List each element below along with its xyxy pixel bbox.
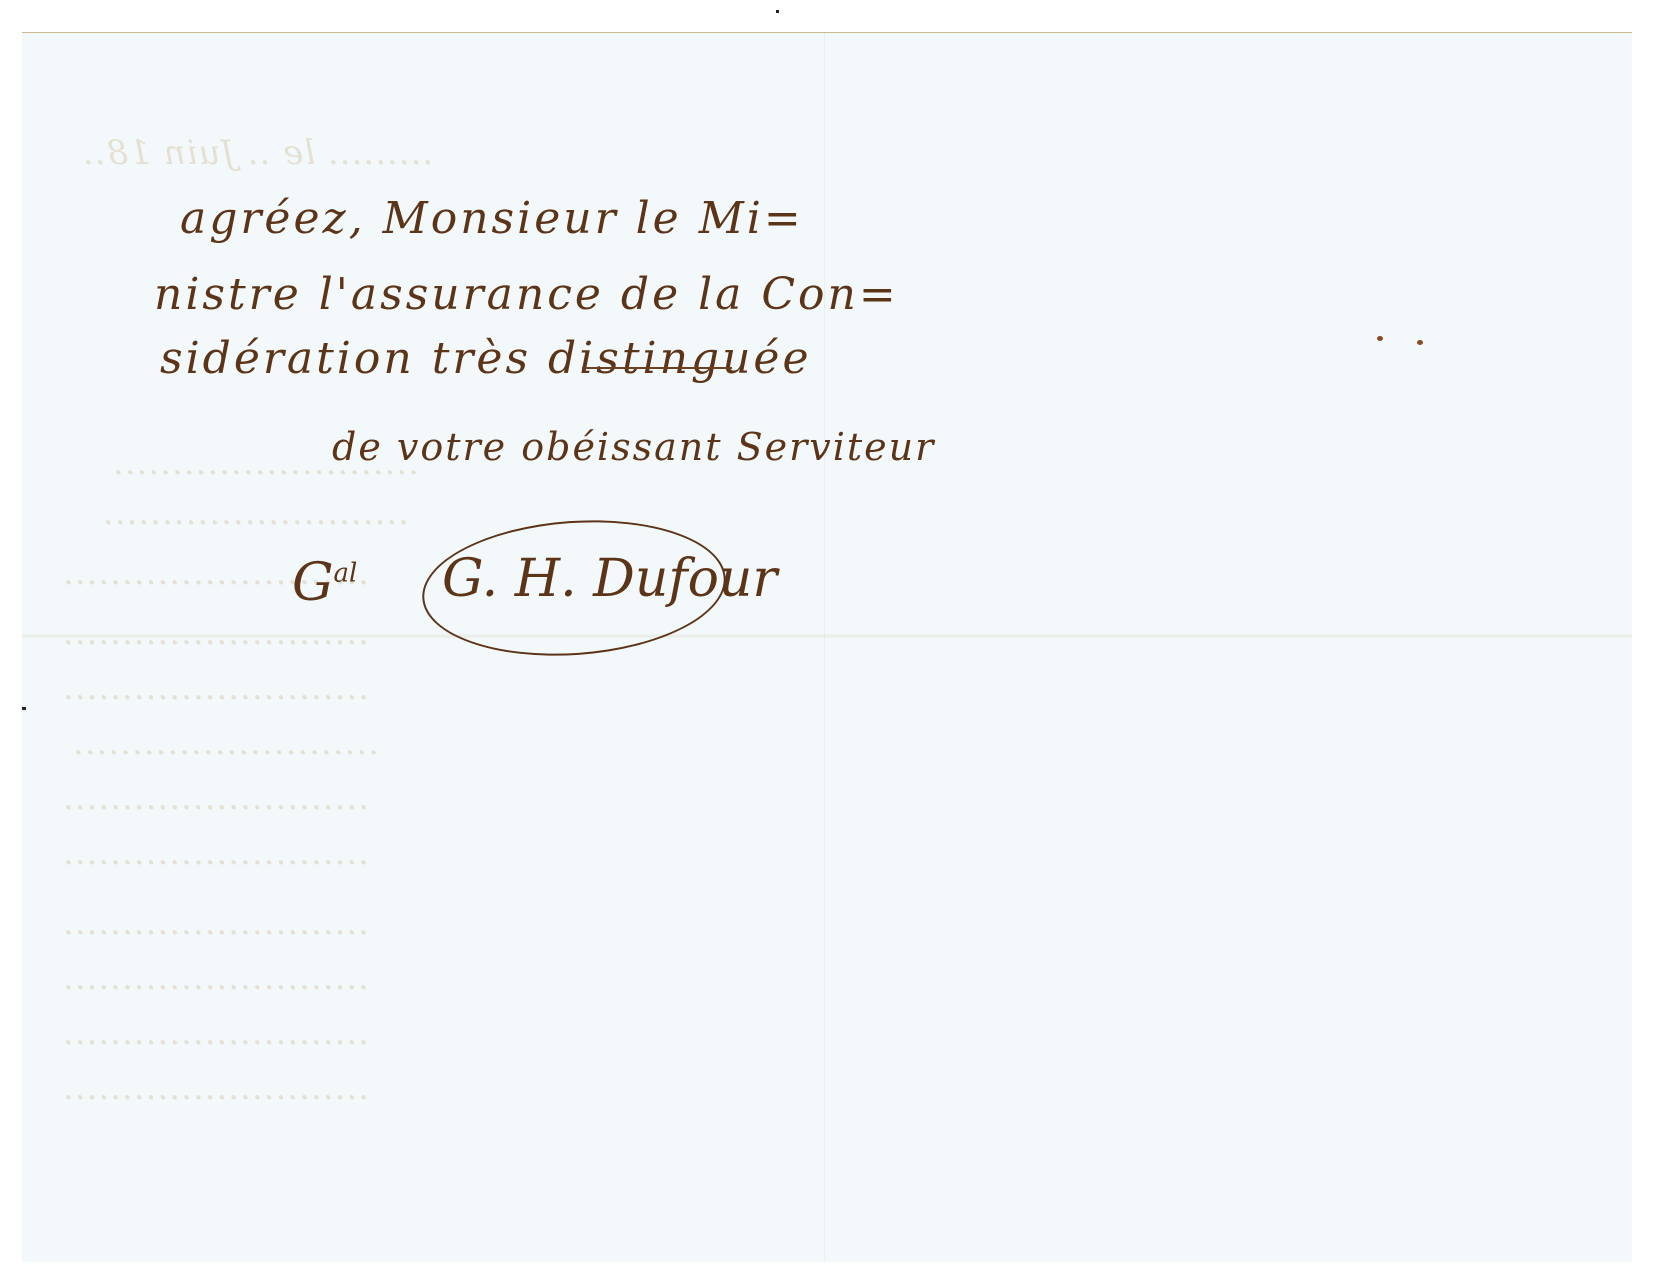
letter-body-line-2: nistre l'assurance de la Con= — [154, 269, 899, 320]
bleed-line: ......... le .. Juin 18.. — [82, 133, 433, 173]
bleed-line: .......................... — [62, 958, 369, 998]
bleed-line: .......................... — [72, 723, 379, 763]
ink-spot — [1377, 336, 1383, 341]
bleed-line: .......................... — [62, 833, 369, 873]
letter-body-line-3: sidération très distinguée — [160, 333, 812, 384]
letter-closing: de votre obéissant Serviteur — [332, 425, 935, 469]
bleed-line: .......................... — [62, 778, 369, 818]
bleed-line: .......................... — [62, 1068, 369, 1108]
bleed-line: .......................... — [62, 668, 369, 708]
bleed-line: .......................... — [62, 903, 369, 943]
rank-superscript: al — [334, 559, 358, 589]
bleed-line: .......................... — [102, 493, 409, 533]
scan-mark — [776, 10, 779, 13]
letter-body-line-1: agréez, Monsieur le Mi= — [180, 193, 804, 244]
ink-spot — [1417, 340, 1423, 345]
scan-mark — [22, 707, 26, 710]
horizontal-fold-line — [22, 633, 1632, 639]
bleed-line: .......................... — [62, 1013, 369, 1053]
signature-rank: Gal — [292, 553, 357, 613]
line-filler-stroke — [582, 367, 732, 369]
signature-name: G. H. Dufour — [442, 549, 777, 609]
rank-letter: G — [292, 553, 334, 613]
vertical-fold-line — [824, 33, 826, 1262]
letter-page: ......... le .. Juin 18.. ..............… — [22, 32, 1632, 1262]
